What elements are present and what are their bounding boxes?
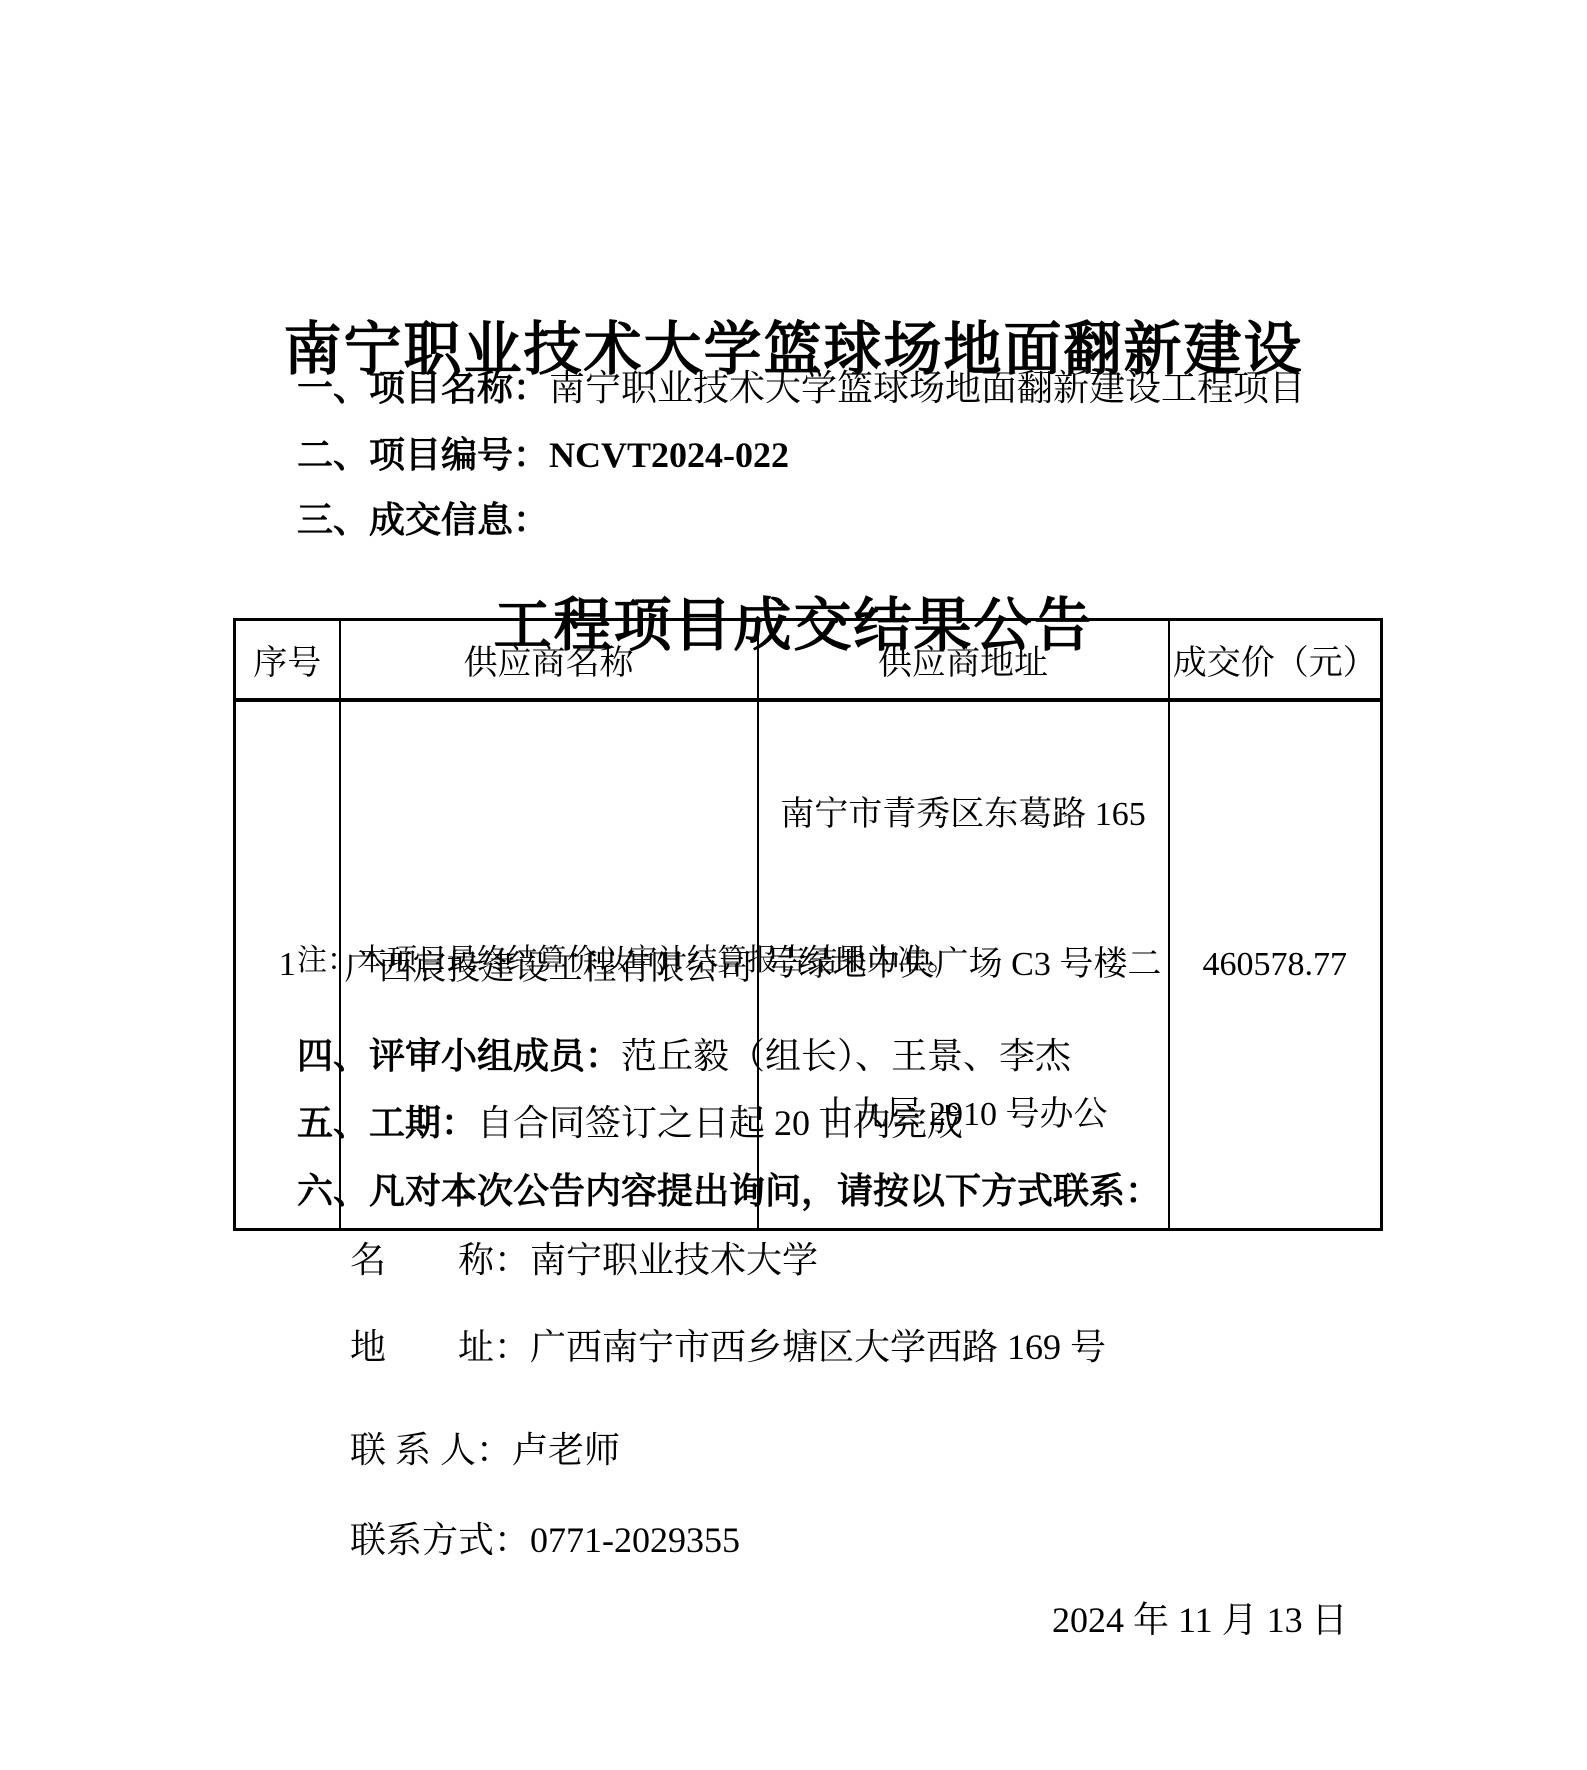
deal-info-label: 三、成交信息： <box>297 500 549 540</box>
announcement-document: 南宁职业技术大学篮球场地面翻新建设 工程项目成交结果公告 一、项目名称：南宁职业… <box>0 0 1587 1770</box>
header-supplier-address: 供应商地址 <box>758 620 1169 700</box>
section-deal-info: 三、成交信息： <box>297 498 549 542</box>
contact-address-value: 广西南宁市西乡塘区大学西路 169 号 <box>530 1327 1106 1367</box>
section-project-name: 一、项目名称：南宁职业技术大学篮球场地面翻新建设工程项目 <box>297 366 1305 410</box>
header-deal-price: 成交价（元） <box>1169 620 1382 700</box>
contact-person-value: 卢老师 <box>512 1430 620 1470</box>
header-index: 序号 <box>235 620 340 700</box>
duration-value: 自合同签订之日起 20 日内完成 <box>477 1103 963 1143</box>
project-number-label: 二、项目编号： <box>297 435 549 475</box>
cell-deal-price: 460578.77 <box>1169 700 1382 1230</box>
section-inquiry: 六、凡对本次公告内容提出询问，请按以下方式联系： <box>297 1169 1161 1213</box>
contact-person-label: 联 系 人： <box>350 1430 512 1470</box>
project-name-value: 南宁职业技术大学篮球场地面翻新建设工程项目 <box>549 368 1305 408</box>
contact-address-label: 地 址： <box>350 1327 530 1367</box>
project-number-value: NCVT2024-022 <box>549 435 789 475</box>
contact-name-label: 名 称： <box>350 1240 530 1280</box>
section-review-team: 四、评审小组成员：范丘毅（组长）、王景、李杰 <box>297 1034 1071 1078</box>
section-project-number: 二、项目编号：NCVT2024-022 <box>297 433 789 477</box>
settlement-note: 注：本项目最终结算价以审计结算报告结果为准。 <box>297 941 957 981</box>
review-team-value: 范丘毅（组长）、王景、李杰 <box>621 1036 1071 1076</box>
inquiry-label: 六、凡对本次公告内容提出询问，请按以下方式联系： <box>297 1171 1161 1211</box>
contact-person: 联 系 人：卢老师 <box>350 1428 620 1472</box>
contact-phone-label: 联系方式： <box>350 1520 530 1560</box>
project-name-label: 一、项目名称： <box>297 368 549 408</box>
contact-name: 名 称：南宁职业技术大学 <box>350 1238 818 1282</box>
contact-address: 地 址：广西南宁市西乡塘区大学西路 169 号 <box>350 1325 1106 1369</box>
review-team-label: 四、评审小组成员： <box>297 1036 621 1076</box>
table-header: 序号 供应商名称 供应商地址 成交价（元） <box>235 620 1382 700</box>
duration-label: 五、工期： <box>297 1103 477 1143</box>
contact-phone-value: 0771-2029355 <box>530 1520 740 1560</box>
address-line-1: 南宁市青秀区东葛路 165 <box>759 778 1168 852</box>
contact-name-value: 南宁职业技术大学 <box>530 1240 818 1280</box>
header-supplier-name: 供应商名称 <box>340 620 758 700</box>
announcement-date: 2024 年 11 月 13 日 <box>1052 1598 1348 1642</box>
contact-phone: 联系方式：0771-2029355 <box>350 1518 740 1562</box>
section-duration: 五、工期：自合同签订之日起 20 日内完成 <box>297 1101 963 1145</box>
table-header-row: 序号 供应商名称 供应商地址 成交价（元） <box>235 620 1382 700</box>
